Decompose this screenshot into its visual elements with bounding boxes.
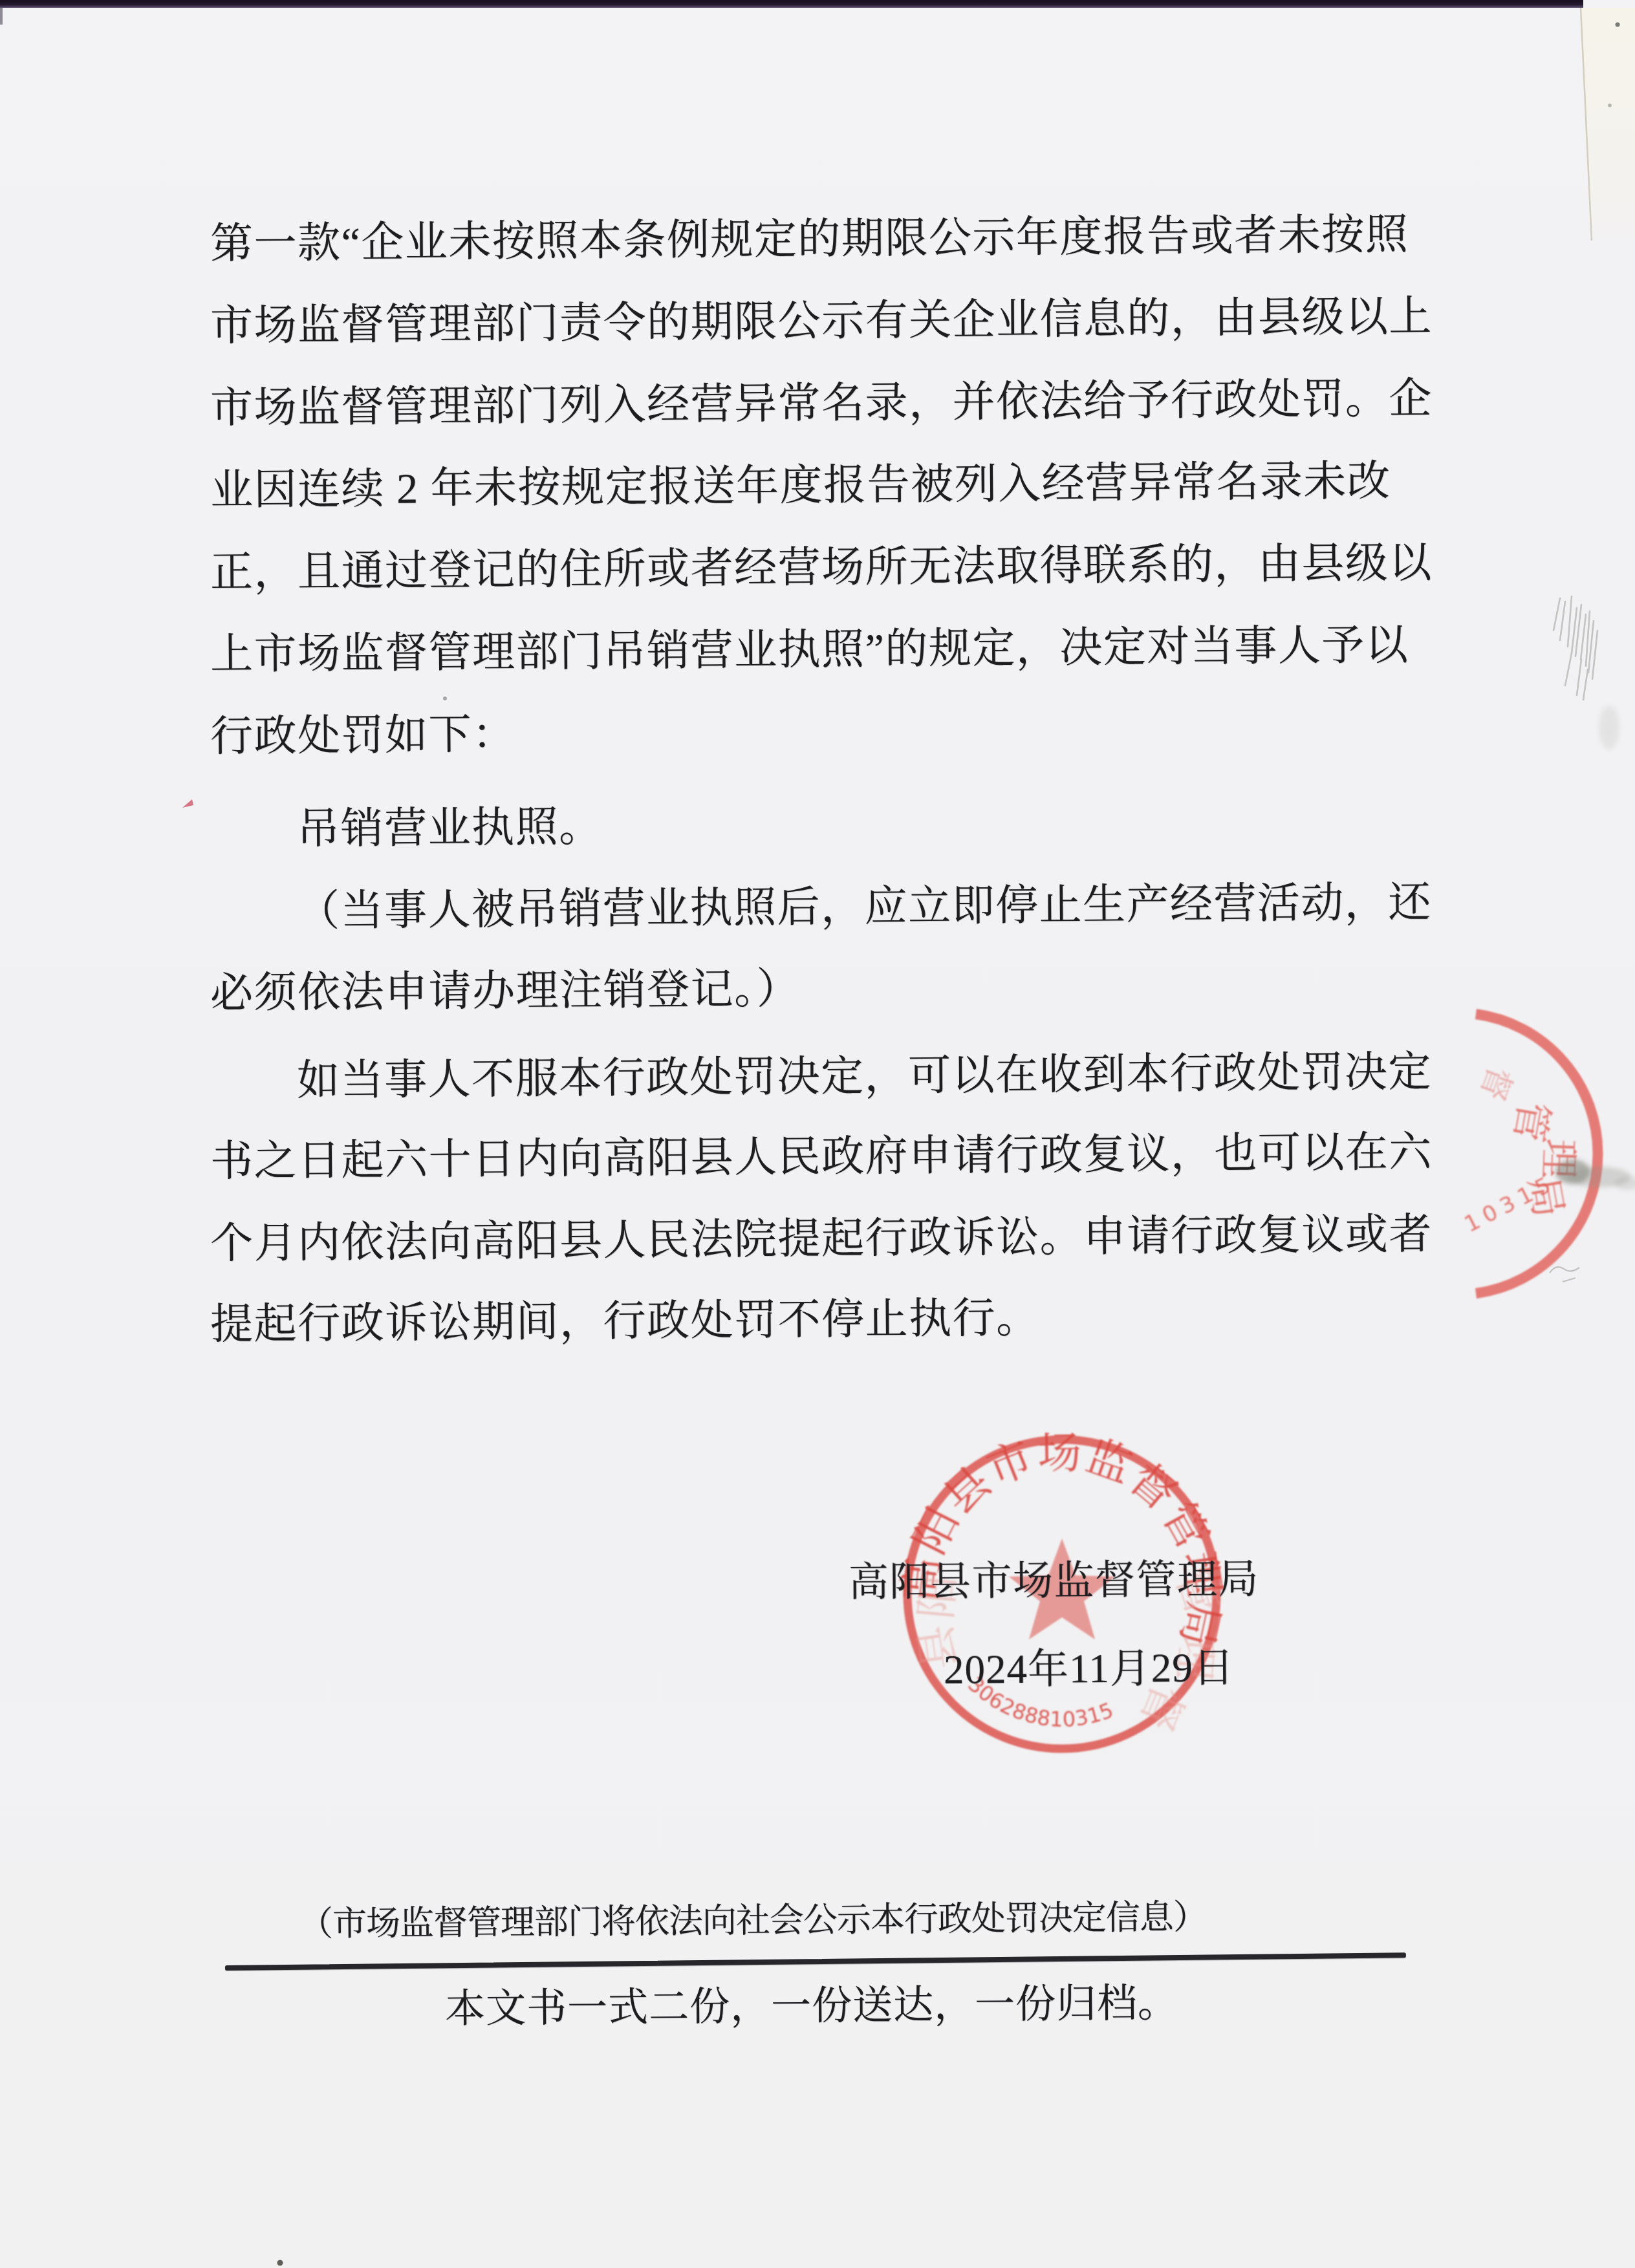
partial-seal: 管 理 局 督 10315: [1460, 1014, 1598, 1293]
agency-signature: 高阳县市场监督管理局: [849, 1557, 1260, 1606]
paper-speck: [1608, 103, 1612, 107]
body-line: 如当事人不服本行政处罚决定，可以在收到本行政处罚决定: [297, 1049, 1433, 1105]
document-page: 高阳县市场监督管理局 306288810315 阳 县 管 理 督 管 理 局 …: [0, 0, 1635, 2268]
pencil-smudge: [1554, 596, 1597, 700]
body-line: 上市场监督管理部门吊销营业执照”的规定，决定对当事人予以: [210, 622, 1409, 678]
publicity-note: （市场监督管理部门将依法向社会公示本行政处罚决定信息）: [299, 1894, 1207, 1948]
body-line: 必须依法申请办理注销登记。）: [210, 966, 801, 1017]
ink-speck: [277, 2260, 283, 2266]
body-line: 个月内依法向高阳县人民法院提起行政诉讼。申请行政复议或者: [210, 1211, 1433, 1268]
partial-seal-char-faint: 督: [1474, 1062, 1519, 1105]
body-line: （当事人被吊销营业执照后，应立即停止生产经营活动，还: [297, 880, 1433, 935]
body-line: 书之日起六十日内向高阳县人民政府申请行政复议，也可以在六: [210, 1129, 1433, 1185]
body-line: 行政处罚如下：: [210, 711, 516, 761]
pencil-smudge: [1599, 706, 1619, 750]
scanner-top-edge: [0, 0, 1583, 8]
pencil-squiggle: [1550, 1267, 1579, 1282]
red-tick-mark: [182, 799, 193, 808]
scanner-corner: [1581, 8, 1635, 246]
body-line: 吊销营业执照。: [297, 804, 603, 853]
body-line: 业因连续 2 年未按规定报送年度报告被列入经营异常名录未改: [210, 459, 1391, 514]
body-line: 提起行政诉讼期间，行政处罚不停止执行。: [210, 1295, 1040, 1348]
paper-speck: [1616, 23, 1620, 27]
body-line: 第一款“企业未按照本条例规定的期限公示年度报告或者未按照: [210, 211, 1409, 268]
paper-speck: [443, 697, 447, 700]
body-line: 市场监督管理部门责令的期限公示有关企业信息的，由县级以上: [210, 294, 1433, 350]
body-line: 市场监督管理部门列入经营异常名录，并依法给予行政处罚。企: [210, 376, 1433, 432]
copies-note: 本文书一式二份，一份送达，一份归档。: [445, 1980, 1179, 2033]
decision-date: 2024年11月29日: [944, 1644, 1235, 1693]
scanner-edge-nub: [0, 8, 3, 25]
body-line: 正，且通过登记的住所或者经营场所无法取得联系的，由县级以: [210, 540, 1433, 596]
